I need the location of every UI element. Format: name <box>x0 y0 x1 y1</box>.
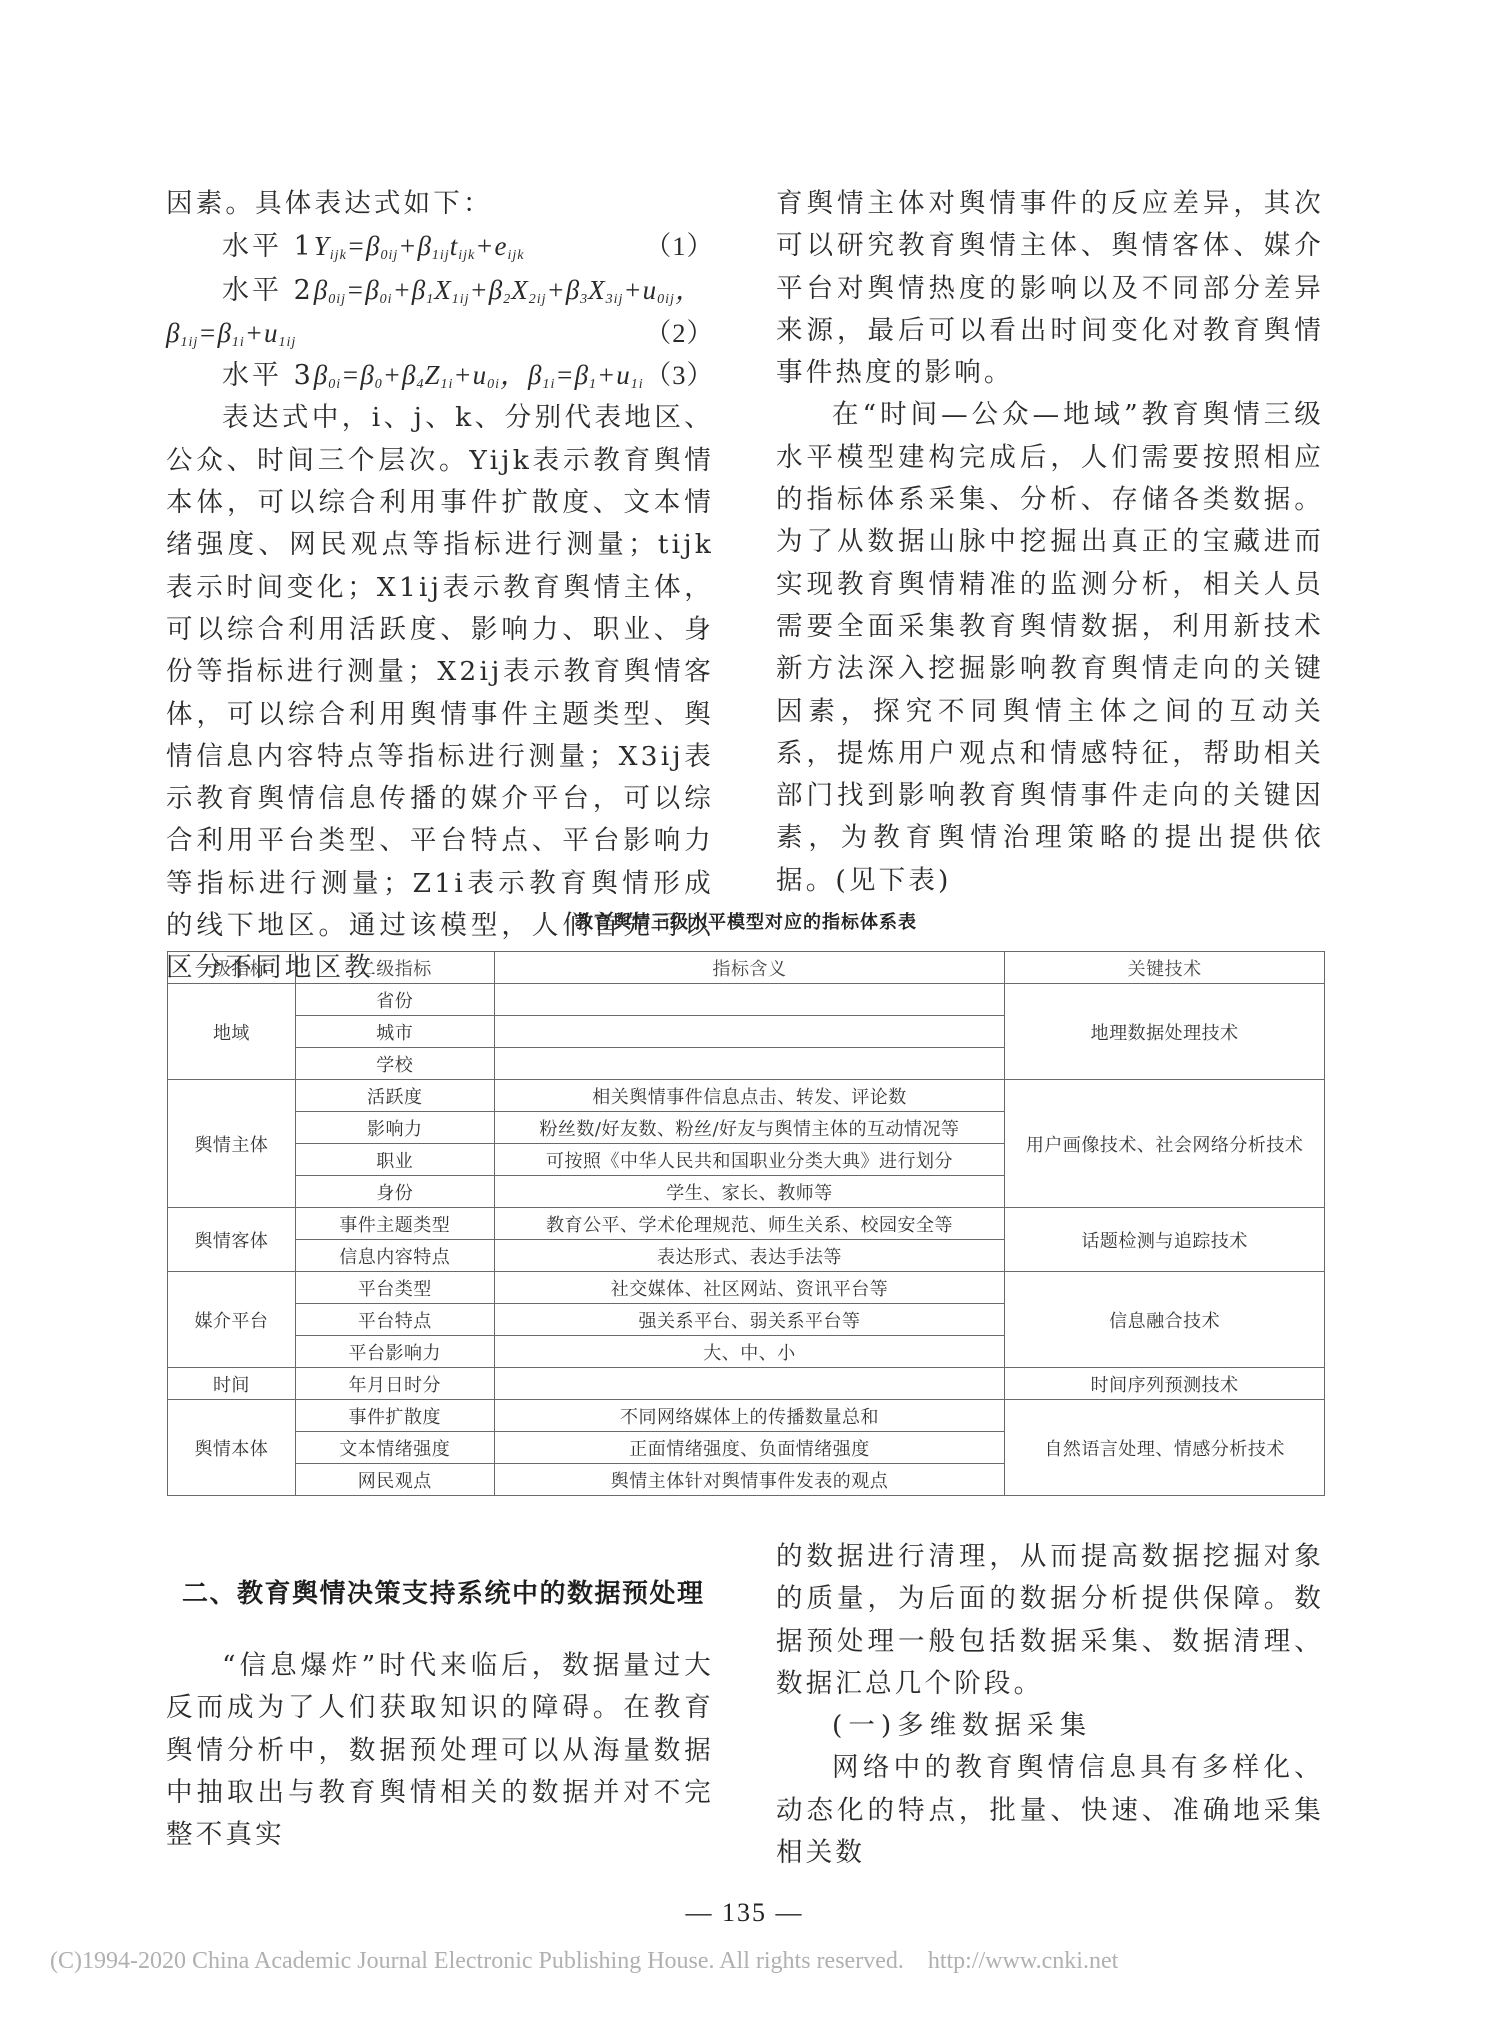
model-explanation-paragraph: 表达式中，i、j、k、分别代表地区、公众、时间三个层次。Yijk表示教育舆情本体… <box>166 397 714 989</box>
formula-2b-expr: β1ij=β1i+u1ij <box>166 312 296 354</box>
index-system-table: 一级指标 二级指标 指标含义 关键技术 地域省份地理数据处理技术城市学校舆情主体… <box>167 951 1325 1496</box>
header-level1: 一级指标 <box>168 952 296 984</box>
level1-cell: 舆情主体 <box>168 1080 296 1208</box>
level2-cell: 城市 <box>295 1016 494 1048</box>
header-technology: 关键技术 <box>1005 952 1325 984</box>
index-system-paragraph: 在“时间—公众—地域”教育舆情三级水平模型建构完成后，人们需要按照相应的指标体系… <box>776 394 1324 902</box>
level2-cell: 网民观点 <box>295 1464 494 1496</box>
subsection-heading: (一)多维数据采集 <box>776 1705 1324 1747</box>
formula-1-expr: 水平 1Yijk=β0ij+β1ijtijk+eijk <box>222 225 524 268</box>
formula-2-number: （2） <box>645 312 714 354</box>
left-column-bottom: “信息爆炸”时代来临后，数据量过大反而成为了人们获取知识的障碍。在教育舆情分析中… <box>166 1645 714 1856</box>
level2-cell: 学校 <box>295 1048 494 1080</box>
level2-cell: 平台影响力 <box>295 1336 494 1368</box>
level2-cell: 省份 <box>295 984 494 1016</box>
technology-cell: 自然语言处理、情感分析技术 <box>1005 1400 1325 1496</box>
table-row: 舆情本体事件扩散度不同网络媒体上的传播数量总和自然语言处理、情感分析技术 <box>168 1400 1325 1432</box>
table-caption: 教育舆情三级水平模型对应的指标体系表 <box>166 908 1326 934</box>
level1-cell: 地域 <box>168 984 296 1080</box>
level1-cell: 时间 <box>168 1368 296 1400</box>
intro-text: 因素。具体表达式如下： <box>166 183 714 225</box>
table-row: 时间年月日时分时间序列预测技术 <box>168 1368 1325 1400</box>
level1-cell: 舆情本体 <box>168 1400 296 1496</box>
header-meaning: 指标含义 <box>494 952 1005 984</box>
formula-1-number: （1） <box>645 225 714 268</box>
technology-cell: 话题检测与追踪技术 <box>1005 1208 1325 1272</box>
level2-cell: 平台特点 <box>295 1304 494 1336</box>
formula-2a-expr: 水平 2β0ij=β0i+β1X1ij+β2X2ij+β3X3ij+u0ij， <box>222 269 703 312</box>
table-body: 地域省份地理数据处理技术城市学校舆情主体活跃度相关舆情事件信息点击、转发、评论数… <box>168 984 1325 1496</box>
right-column: 育舆情主体对舆情事件的反应差异，其次可以研究教育舆情主体、舆情客体、媒介平台对舆… <box>776 183 1324 902</box>
level2-cell: 平台类型 <box>295 1272 494 1304</box>
table-row: 媒介平台平台类型社交媒体、社区网站、资讯平台等信息融合技术 <box>168 1272 1325 1304</box>
level2-cell: 年月日时分 <box>295 1368 494 1400</box>
meaning-cell: 舆情主体针对舆情事件发表的观点 <box>494 1464 1005 1496</box>
table-header-row: 一级指标 二级指标 指标含义 关键技术 <box>168 952 1325 984</box>
formula-3: 水平 3β0i=β0+β4Z1i+u0i，β1i=β1+u1i （3） <box>166 354 714 397</box>
left-column: 因素。具体表达式如下： 水平 1Yijk=β0ij+β1ijtijk+eijk … <box>166 183 714 990</box>
technology-cell: 地理数据处理技术 <box>1005 984 1325 1080</box>
model-explanation-continued: 育舆情主体对舆情事件的反应差异，其次可以研究教育舆情主体、舆情客体、媒介平台对舆… <box>776 183 1324 394</box>
technology-cell: 信息融合技术 <box>1005 1272 1325 1368</box>
meaning-cell: 强关系平台、弱关系平台等 <box>494 1304 1005 1336</box>
preprocessing-paragraph-continued: 的数据进行清理，从而提高数据挖掘对象的质量，为后面的数据分析提供保障。数据预处理… <box>776 1536 1324 1705</box>
formula-2a: 水平 2β0ij=β0i+β1X1ij+β2X2ij+β3X3ij+u0ij， <box>166 269 714 312</box>
formula-3-number: （3） <box>645 354 714 397</box>
meaning-cell <box>494 1016 1005 1048</box>
formula-2b: β1ij=β1i+u1ij （2） <box>166 312 714 354</box>
technology-cell: 时间序列预测技术 <box>1005 1368 1325 1400</box>
table-row: 地域省份地理数据处理技术 <box>168 984 1325 1016</box>
meaning-cell <box>494 1048 1005 1080</box>
header-level2: 二级指标 <box>295 952 494 984</box>
meaning-cell: 粉丝数/好友数、粉丝/好友与舆情主体的互动情况等 <box>494 1112 1005 1144</box>
formula-3-expr: 水平 3β0i=β0+β4Z1i+u0i，β1i=β1+u1i <box>222 354 644 397</box>
level2-cell: 事件扩散度 <box>295 1400 494 1432</box>
right-column-bottom: 的数据进行清理，从而提高数据挖掘对象的质量，为后面的数据分析提供保障。数据预处理… <box>776 1536 1324 1874</box>
technology-cell: 用户画像技术、社会网络分析技术 <box>1005 1080 1325 1208</box>
page-number: — 135 — <box>0 1898 1489 1928</box>
meaning-cell: 教育公平、学术伦理规范、师生关系、校园安全等 <box>494 1208 1005 1240</box>
data-collection-paragraph: 网络中的教育舆情信息具有多样化、动态化的特点，批量、快速、准确地采集相关数 <box>776 1747 1324 1874</box>
formula-1: 水平 1Yijk=β0ij+β1ijtijk+eijk （1） <box>166 225 714 268</box>
meaning-cell <box>494 984 1005 1016</box>
level2-cell: 身份 <box>295 1176 494 1208</box>
meaning-cell: 表达形式、表达手法等 <box>494 1240 1005 1272</box>
meaning-cell: 可按照《中华人民共和国职业分类大典》进行划分 <box>494 1144 1005 1176</box>
level2-cell: 文本情绪强度 <box>295 1432 494 1464</box>
meaning-cell: 相关舆情事件信息点击、转发、评论数 <box>494 1080 1005 1112</box>
meaning-cell: 学生、家长、教师等 <box>494 1176 1005 1208</box>
meaning-cell: 大、中、小 <box>494 1336 1005 1368</box>
level2-cell: 职业 <box>295 1144 494 1176</box>
level1-cell: 舆情客体 <box>168 1208 296 1272</box>
table-row: 舆情客体事件主题类型教育公平、学术伦理规范、师生关系、校园安全等话题检测与追踪技… <box>168 1208 1325 1240</box>
preprocessing-paragraph: “信息爆炸”时代来临后，数据量过大反而成为了人们获取知识的障碍。在教育舆情分析中… <box>166 1645 714 1856</box>
copyright-footer: (C)1994-2020 China Academic Journal Elec… <box>50 1948 1118 1975</box>
meaning-cell: 正面情绪强度、负面情绪强度 <box>494 1432 1005 1464</box>
section-heading: 二、教育舆情决策支持系统中的数据预处理 <box>182 1573 705 1610</box>
meaning-cell: 社交媒体、社区网站、资讯平台等 <box>494 1272 1005 1304</box>
level2-cell: 活跃度 <box>295 1080 494 1112</box>
level1-cell: 媒介平台 <box>168 1272 296 1368</box>
meaning-cell <box>494 1368 1005 1400</box>
level2-cell: 影响力 <box>295 1112 494 1144</box>
level2-cell: 信息内容特点 <box>295 1240 494 1272</box>
meaning-cell: 不同网络媒体上的传播数量总和 <box>494 1400 1005 1432</box>
table-row: 舆情主体活跃度相关舆情事件信息点击、转发、评论数用户画像技术、社会网络分析技术 <box>168 1080 1325 1112</box>
level2-cell: 事件主题类型 <box>295 1208 494 1240</box>
